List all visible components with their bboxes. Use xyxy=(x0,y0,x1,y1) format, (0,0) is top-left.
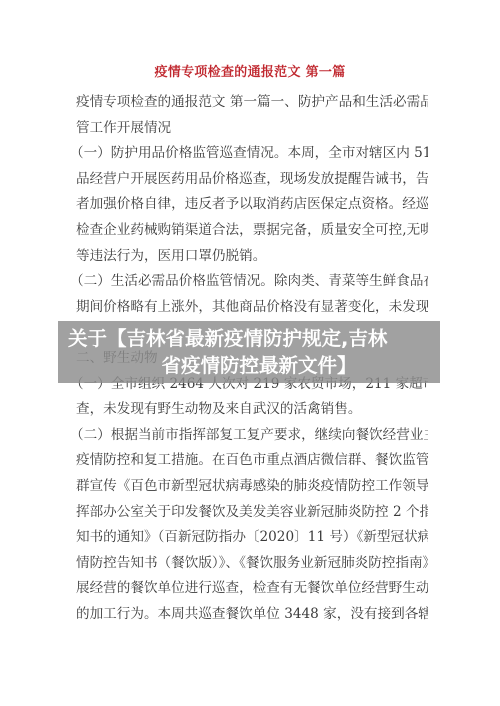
body-line: （一）防护用品价格监管巡查情况。本周，全市对辖区内 518 个药 xyxy=(70,141,428,167)
body-line: 群宣传《百色市新型冠状病毒感染的肺炎疫情防控工作领导小组指 xyxy=(76,474,428,500)
body-line: 者加强价格自律，违反者予以取消药店医保定点资格。经巡查，所 xyxy=(76,192,428,218)
body-line: 查，未发现有野生动物及来自武汉的活禽销售。 xyxy=(76,397,428,423)
body-line: 等违法行为，医用口罩仍脱销。 xyxy=(76,244,428,270)
document-title: 疫情专项检查的通报范文 第一篇 xyxy=(0,64,500,82)
document-page: 疫情专项检查的通报范文 第一篇 疫情专项检查的通报范文 第一篇一、防护产品和生活… xyxy=(0,0,500,706)
body-line: 期间价格略有上涨外，其他商品价格没有显著变化，未发现有捏造 xyxy=(76,295,428,321)
headline-text: 关于【吉林省最新疫情防护规定,吉林 省疫情防控最新文件】 xyxy=(58,321,440,383)
headline-overlay: 关于【吉林省最新疫情防护规定,吉林 省疫情防控最新文件】 xyxy=(58,321,440,383)
body-line: 管工作开展情况 xyxy=(76,116,428,142)
body-line: 的加工行为。本周共巡查餐饮单位 3448 家，没有接到各辖区餐饮单 xyxy=(76,602,428,628)
headline-line-2: 省疫情防控最新文件】 xyxy=(58,352,440,379)
body-line: 知书的通知》（百新冠防指办〔2020〕11 号）《新型冠状病毒肺炎疫 xyxy=(76,525,428,551)
body-line: 品经营户开展医药用品价格巡查，现场发放提醒告诫书，告诫经营 xyxy=(76,167,428,193)
body-line: 情防控告知书（餐饮版）》、《餐饮服务业新冠肺炎防控指南》。对开 xyxy=(76,551,428,577)
headline-line-1: 关于【吉林省最新疫情防护规定,吉林 xyxy=(58,325,440,352)
body-line: 疫情专项检查的通报范文 第一篇一、防护产品和生活必需品价格监 xyxy=(76,90,428,116)
body-line: （二）生活必需品价格监管情况。除肉类、青菜等生鲜食品在疫情 xyxy=(70,269,428,295)
body-line: （二）根据当前市指挥部复工复产要求，继续向餐饮经营业主宣传 xyxy=(70,423,428,449)
body-line: 挥部办公室关于印发餐饮及美发美容业新冠肺炎防控 2 个指南及告 xyxy=(76,500,428,526)
body-line: 展经营的餐饮单位进行巡查，检查有无餐饮单位经营野生动物活体 xyxy=(76,576,428,602)
body-line: 检查企业药械购销渠道合法，票据完备，质量安全可控,无哄抬物价 xyxy=(76,218,428,244)
body-line: 疫情防控和复工措施。在百色市重点酒店微信群、餐饮监管工作 QQ xyxy=(76,448,428,474)
